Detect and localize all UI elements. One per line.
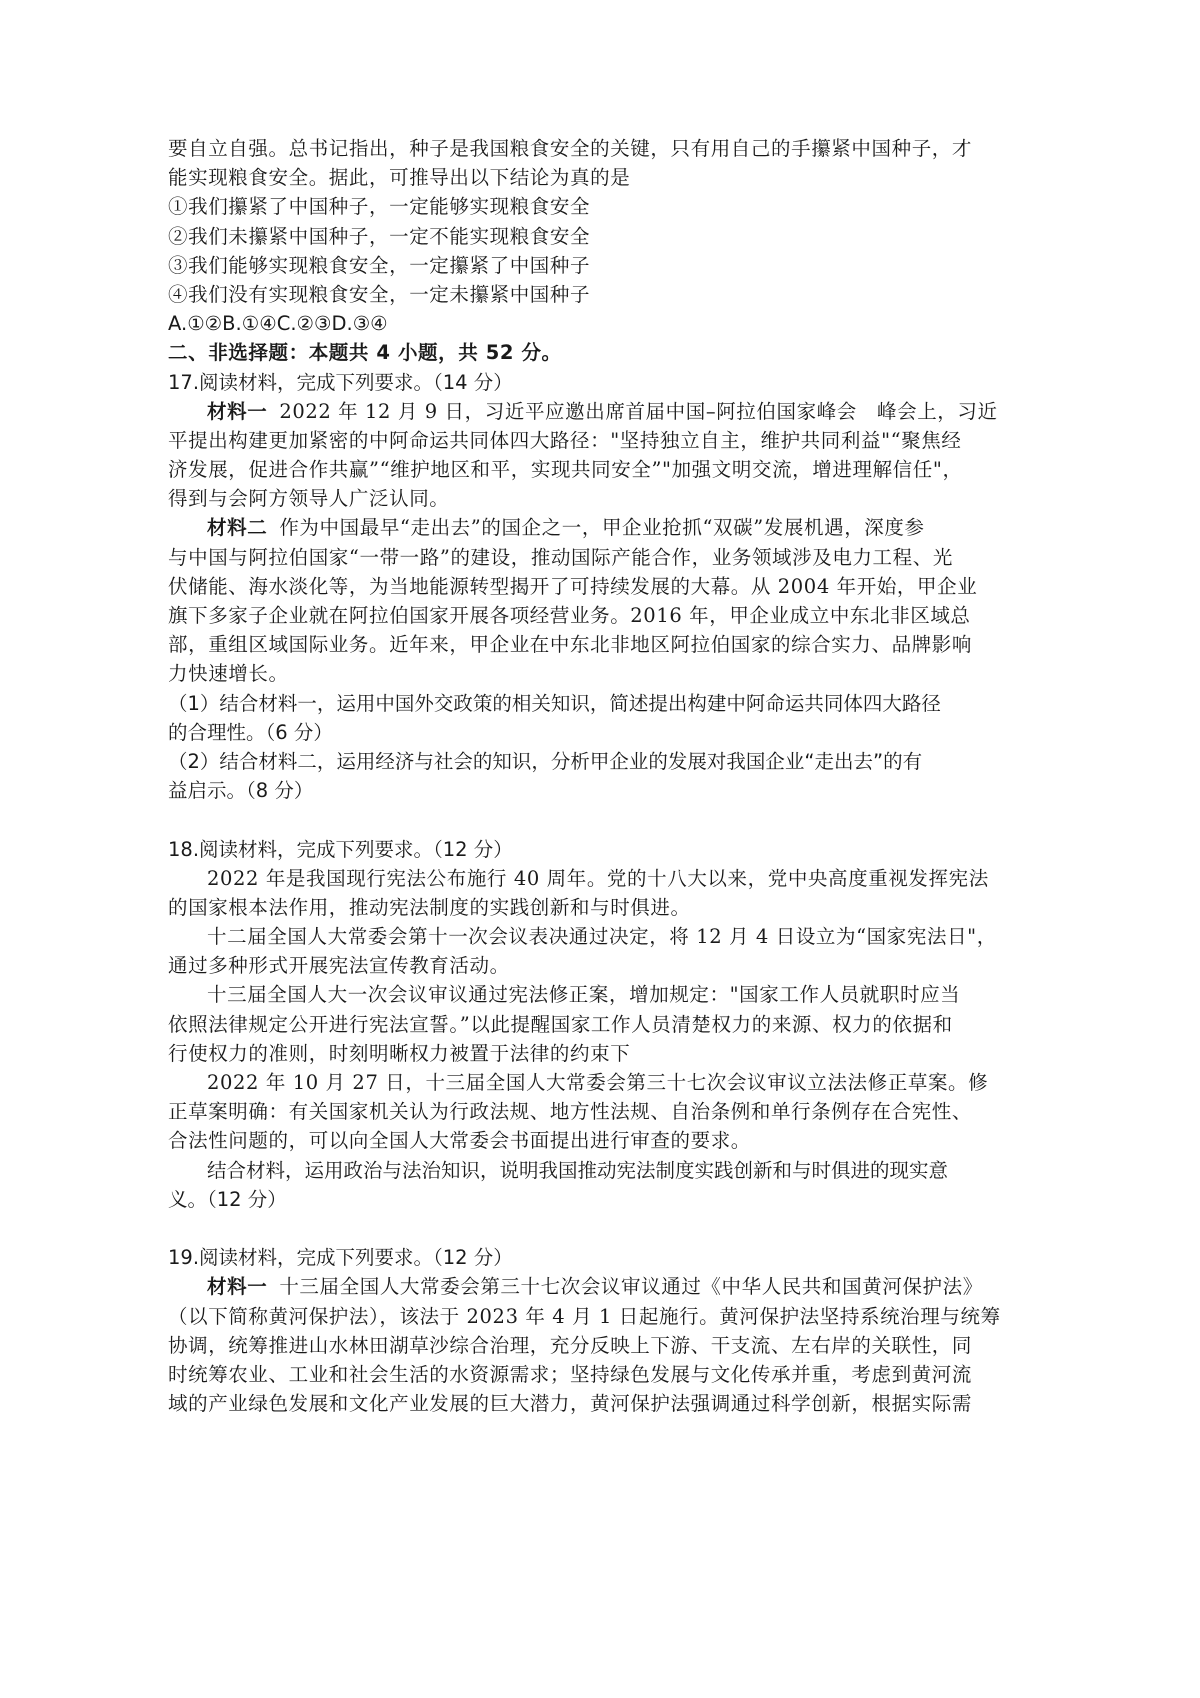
sub-question-2: （2）结合材料二，运用经济与社会的知识，分析甲企业的发展对我国企业“走出去”的有 — [168, 747, 953, 776]
material-label: 材料一 — [207, 400, 267, 423]
option-4: ④我们没有实现粮食安全，一定未攥紧中国种子 — [168, 280, 953, 309]
section-heading: 二、非选择题：本题共 4 小题，共 52 分。 — [168, 338, 953, 367]
material-line: 材料一十三届全国人大常委会第三十七次会议审议通过《中华人民共和国黄河保护法》 — [168, 1272, 953, 1301]
material-line: 济发展，促进合作共赢”“维护地区和平，实现共同安全”"加强文明交流，增进理解信任… — [168, 455, 953, 484]
paragraph-line: 十二届全国人大常委会第十一次会议表决通过决定，将 12 月 4 日设立为“国家宪… — [168, 922, 953, 951]
question-prompt: 义。（12 分） — [168, 1185, 953, 1214]
paragraph-line: 2022 年是我国现行宪法公布施行 40 周年。党的十八大以来，党中央高度重视发… — [168, 864, 953, 893]
option-1: ①我们攥紧了中国种子，一定能够实现粮食安全 — [168, 192, 953, 221]
material-line: 协调，统筹推进山水林田湖草沙综合治理，充分反映上下游、干支流、左右岸的关联性，同 — [168, 1331, 953, 1360]
material-text: 十三届全国人大常委会第三十七次会议审议通过《中华人民共和国黄河保护法》 — [279, 1275, 983, 1298]
paragraph-line: 正草案明确：有关国家机关认为行政法规、地方性法规、自治条例和单行条例存在合宪性、 — [168, 1097, 953, 1126]
sub-question-2: 益启示。（8 分） — [168, 776, 953, 805]
question-prompt: 结合材料，运用政治与法治知识，说明我国推动宪法制度实践创新和与时俱进的现实意 — [168, 1156, 953, 1185]
material-line: 域的产业绿色发展和文化产业发展的巨大潜力，黄河保护法强调通过科学创新，根据实际需 — [168, 1389, 953, 1418]
question-17: 17.阅读材料，完成下列要求。（14 分） 材料一2022 年 12 月 9 日… — [168, 368, 953, 806]
paragraph-line: 2022 年 10 月 27 日，十三届全国人大常委会第三十七次会议审议立法法修… — [168, 1068, 953, 1097]
material-line: 得到与会阿方领导人广泛认同。 — [168, 484, 953, 513]
spacer — [168, 805, 953, 834]
material-line: 时统筹农业、工业和社会生活的水资源需求；坚持绿色发展与文化传承并重，考虑到黄河流 — [168, 1360, 953, 1389]
paragraph-line: 合法性问题的，可以向全国人大常委会书面提出进行审查的要求。 — [168, 1126, 953, 1155]
material-line: 平提出构建更加紧密的中阿命运共同体四大路径："坚持独立自主，维护共同利益"“聚焦… — [168, 426, 953, 455]
material-label: 材料一 — [207, 1275, 267, 1298]
text-line: 能实现粮食安全。据此，可推导出以下结论为真的是 — [168, 163, 953, 192]
spacer — [168, 1214, 953, 1243]
question-16-stem: 要自立自强。总书记指出，种子是我国粮食安全的关键，只有用自己的手攥紧中国种子，才… — [168, 134, 953, 192]
question-16-options: ①我们攥紧了中国种子，一定能够实现粮食安全 ②我们未攥紧中国种子，一定不能实现粮… — [168, 192, 953, 338]
material-line: 旗下多家子企业就在阿拉伯国家开展各项经营业务。2016 年，甲企业成立中东北非区… — [168, 601, 953, 630]
paragraph-line: 十三届全国人大一次会议审议通过宪法修正案，增加规定："国家工作人员就职时应当 — [168, 980, 953, 1009]
question-title: 19.阅读材料，完成下列要求。（12 分） — [168, 1243, 953, 1272]
paragraph-line: 通过多种形式开展宪法宣传教育活动。 — [168, 951, 953, 980]
material-line: 部，重组区域国际业务。近年来，甲企业在中东北非地区阿拉伯国家的综合实力、品牌影响 — [168, 630, 953, 659]
material-line: 力快速增长。 — [168, 659, 953, 688]
material-line: 材料一2022 年 12 月 9 日，习近平应邀出席首届中国–阿拉伯国家峰会 峰… — [168, 397, 953, 426]
material-text: 作为中国最早“走出去”的国企之一，甲企业抢抓“双碳”发展机遇，深度参 — [279, 516, 924, 539]
question-title: 18.阅读材料，完成下列要求。（12 分） — [168, 835, 953, 864]
paragraph-line: 行使权力的准则，时刻明晰权力被置于法律的约束下 — [168, 1039, 953, 1068]
sub-question-1: （1）结合材料一，运用中国外交政策的相关知识，简述提出构建中阿命运共同体四大路径 — [168, 689, 953, 718]
material-line: （以下简称黄河保护法），该法于 2023 年 4 月 1 日起施行。黄河保护法坚… — [168, 1302, 953, 1331]
option-3: ③我们能够实现粮食安全，一定攥紧了中国种子 — [168, 251, 953, 280]
material-line: 材料二作为中国最早“走出去”的国企之一，甲企业抢抓“双碳”发展机遇，深度参 — [168, 513, 953, 542]
paragraph-line: 的国家根本法作用，推动宪法制度的实践创新和与时俱进。 — [168, 893, 953, 922]
material-text: 2022 年 12 月 9 日，习近平应邀出席首届中国–阿拉伯国家峰会 峰会上，… — [279, 400, 997, 423]
question-title: 17.阅读材料，完成下列要求。（14 分） — [168, 368, 953, 397]
option-2: ②我们未攥紧中国种子，一定不能实现粮食安全 — [168, 222, 953, 251]
paragraph-line: 依照法律规定公开进行宪法宣誓。”以此提醒国家工作人员清楚权力的来源、权力的依据和 — [168, 1010, 953, 1039]
material-line: 伏储能、海水淡化等，为当地能源转型揭开了可持续发展的大幕。从 2004 年开始，… — [168, 572, 953, 601]
exam-page: 要自立自强。总书记指出，种子是我国粮食安全的关键，只有用自己的手攥紧中国种子，才… — [168, 134, 953, 1418]
question-19: 19.阅读材料，完成下列要求。（12 分） 材料一十三届全国人大常委会第三十七次… — [168, 1243, 953, 1418]
question-18: 18.阅读材料，完成下列要求。（12 分） 2022 年是我国现行宪法公布施行 … — [168, 835, 953, 1214]
material-line: 与中国与阿拉伯国家“一带一路”的建设，推动国际产能合作，业务领域涉及电力工程、光 — [168, 543, 953, 572]
text-line: 要自立自强。总书记指出，种子是我国粮食安全的关键，只有用自己的手攥紧中国种子，才 — [168, 134, 953, 163]
sub-question-1: 的合理性。（6 分） — [168, 718, 953, 747]
material-label: 材料二 — [207, 516, 267, 539]
answer-choices: A.①②B.①④C.②③D.③④ — [168, 309, 953, 338]
